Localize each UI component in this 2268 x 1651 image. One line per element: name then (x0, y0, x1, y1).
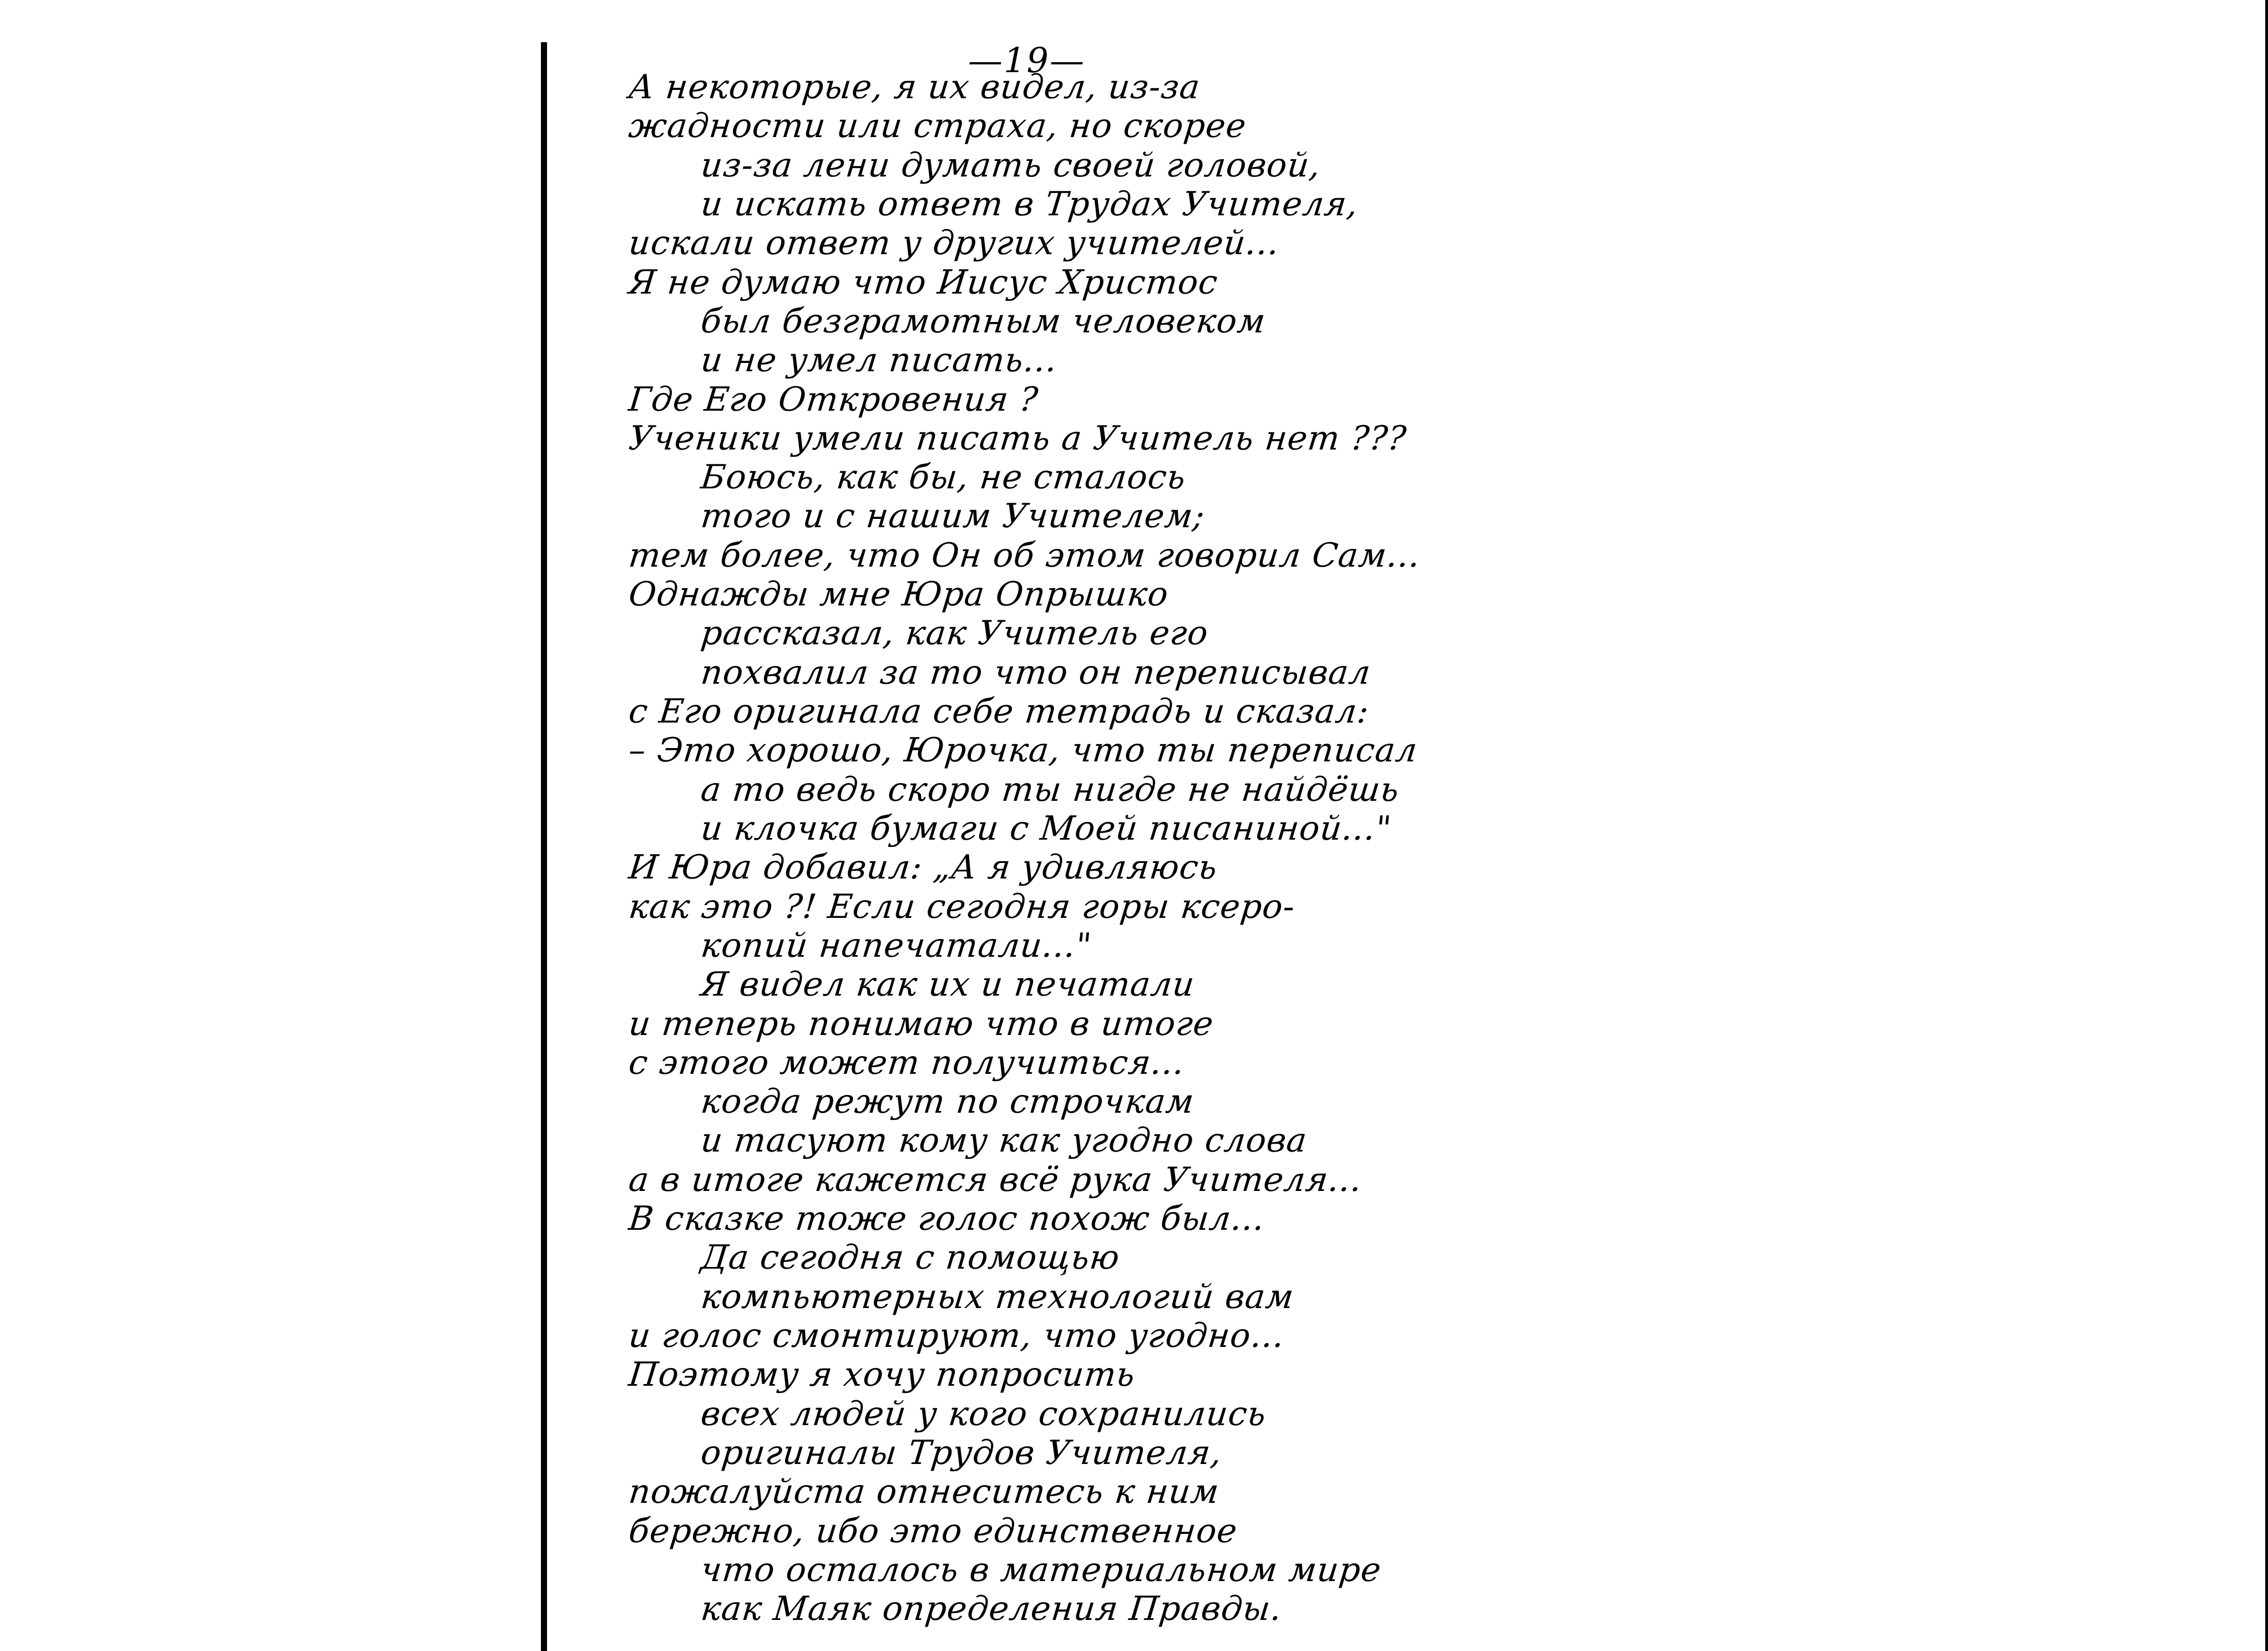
text-line: был безграмотным человеком (627, 302, 1685, 341)
text-line: бережно, ибо это единственное (627, 1512, 1685, 1551)
text-line: пожалуйста отнеситесь к ним (627, 1472, 1685, 1511)
text-line: Я видел как их и печатали (627, 965, 1685, 1004)
scanned-manuscript-page: —19— А некоторые, я их видел, из-за жадн… (0, 0, 2268, 1651)
text-line: и искать ответ в Трудах Учителя, (627, 185, 1685, 224)
text-line: что осталось в материальном мире (627, 1551, 1685, 1589)
text-line: и теперь понимаю что в итоге (627, 1004, 1685, 1043)
text-line: Я не думаю что Иисус Христос (627, 263, 1685, 302)
text-line: Поэтому я хочу попросить (627, 1355, 1685, 1394)
text-line: похвалил за то что он переписывал (627, 653, 1685, 692)
text-line: когда режут по строчкам (627, 1082, 1685, 1121)
text-line: и клочка бумаги с Моей писаниной..." (627, 809, 1685, 848)
text-line: И Юра добавил: „А я удивляюсь (627, 848, 1685, 887)
text-line: как Маяк определения Правды. (627, 1589, 1685, 1628)
text-line: всех людей у кого сохранились (627, 1395, 1685, 1433)
text-line: оригиналы Трудов Учителя, (627, 1433, 1685, 1472)
text-line: жадности или страха, но скорее (627, 107, 1685, 145)
text-line: и голос смонтируют, что угодно... (627, 1316, 1685, 1355)
text-line: того и с нашим Учителем; (627, 497, 1685, 536)
text-line: тем более, что Он об этом говорил Сам... (627, 536, 1685, 575)
text-line: а в итоге кажется всё рука Учителя... (627, 1160, 1685, 1199)
text-line: Да сегодня с помощью (627, 1238, 1685, 1277)
text-line: искали ответ у других учителей... (627, 224, 1685, 262)
text-line: копий напечатали..." (627, 926, 1685, 965)
text-line: А некоторые, я их видел, из-за (627, 68, 1685, 107)
text-line: Боюсь, как бы, не сталось (627, 458, 1685, 497)
text-line: Где Его Откровения ? (627, 380, 1685, 419)
handwritten-text-block: А некоторые, я их видел, из-за жадности … (627, 68, 1681, 1629)
text-line: из-за лени думать своей головой, (627, 146, 1685, 185)
text-line: и не умел писать... (627, 341, 1685, 380)
text-line: Однажды мне Юра Опрышко (627, 575, 1685, 614)
text-line: – Это хорошо, Юрочка, что ты переписал (627, 731, 1685, 770)
text-line: а то ведь скоро ты нигде не найдёшь (627, 770, 1685, 809)
text-line: с этого может получиться... (627, 1043, 1685, 1082)
text-line: компьютерных технологий вам (627, 1278, 1685, 1316)
text-line: рассказал, как Учитель его (627, 614, 1685, 653)
text-line: как это ?! Если сегодня горы ксеро- (627, 887, 1685, 926)
text-line: В сказке тоже голос похож был... (627, 1199, 1685, 1238)
text-line: Ученики умели писать а Учитель нет ??? (627, 419, 1685, 458)
scan-right-edge (2265, 0, 2268, 1651)
text-line: и тасуют кому как угодно слова (627, 1121, 1685, 1160)
left-margin-rule (541, 42, 547, 1651)
text-line: с Его оригинала себе тетрадь и сказал: (627, 692, 1685, 731)
